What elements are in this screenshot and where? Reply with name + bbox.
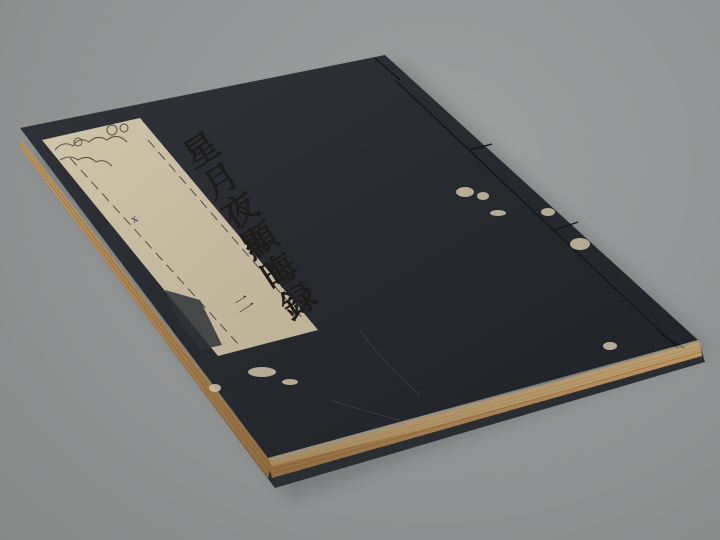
- book-illustration: [0, 0, 720, 540]
- front-cover: [20, 55, 698, 458]
- photo-scene: 星月夜顯晦録 初編 二 ⅹ: [0, 0, 720, 540]
